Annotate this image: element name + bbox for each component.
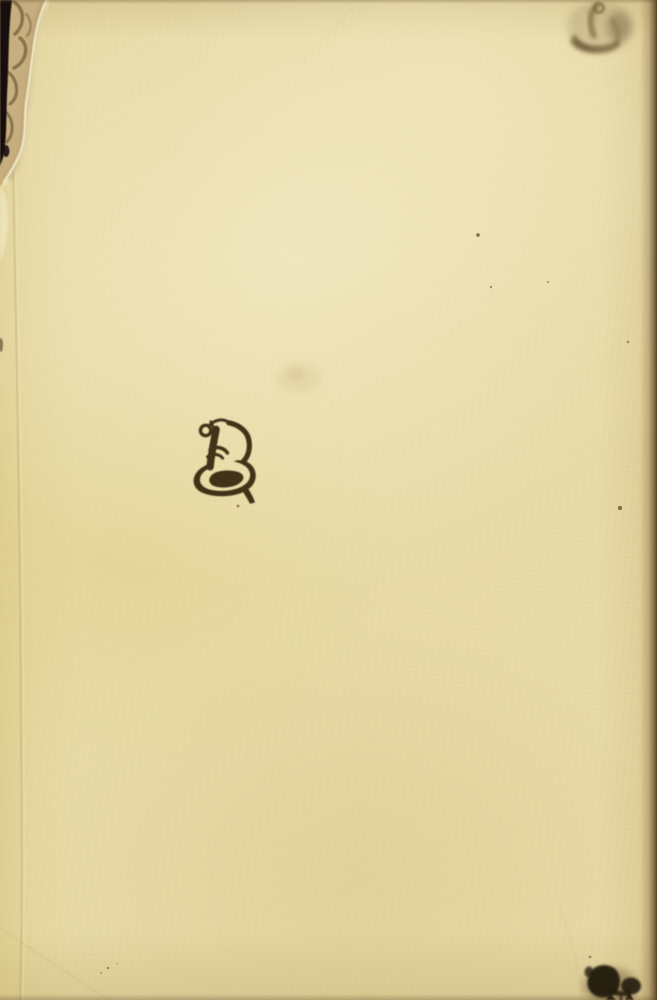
blot-lobe (585, 967, 594, 978)
book-edge-top (0, 0, 657, 4)
monogram-right-limb (229, 422, 250, 462)
speck (589, 956, 592, 959)
dark-spot (3, 145, 10, 157)
paper-stain (276, 363, 320, 393)
torn-corner (0, 0, 46, 352)
stain-core (287, 368, 305, 380)
page-marks-layer (0, 0, 657, 1000)
blackletter-monogram-stamp (190, 418, 257, 506)
speck (490, 286, 492, 288)
paper-crease (0, 928, 106, 998)
speck (237, 505, 240, 508)
faded-animal-stamp (567, 1, 633, 53)
speck (100, 972, 102, 974)
scanned-page (0, 0, 657, 1000)
paper-crease (13, 168, 22, 1000)
book-edge-bottom (0, 994, 657, 1000)
paper-crease (560, 908, 583, 1000)
book-edge-right (640, 0, 657, 1000)
speck (618, 506, 622, 510)
edge-nick (0, 338, 3, 352)
speck (476, 233, 479, 236)
torn-fiber-patch (0, 186, 8, 262)
speck (627, 341, 630, 344)
paper-crease (300, 8, 352, 62)
paper-specks (100, 233, 629, 974)
speck (107, 967, 110, 970)
speck (116, 963, 118, 965)
speck (547, 281, 549, 283)
paper-creases (0, 8, 583, 1000)
